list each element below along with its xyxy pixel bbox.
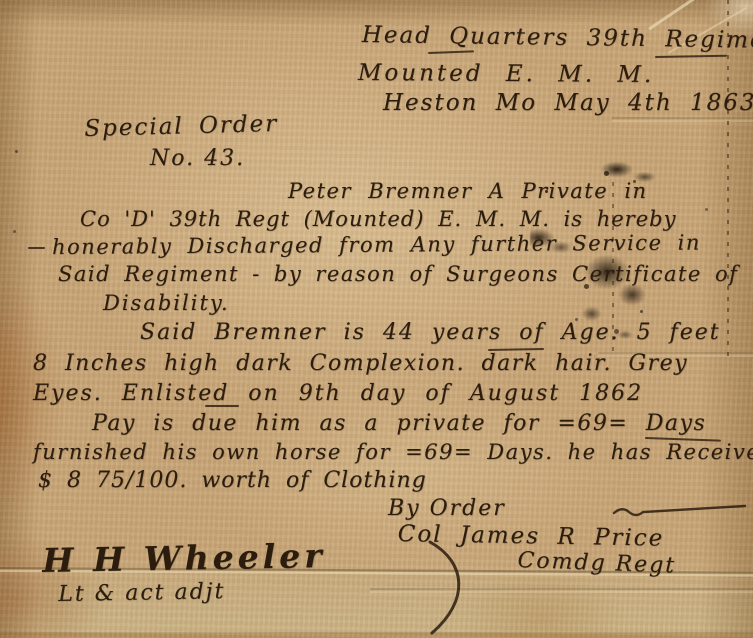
ink-stroke-underline (428, 50, 474, 54)
body-line: $ 8 75/100. worth of Clothing (38, 468, 427, 493)
body-line: Peter Bremner A Private in (288, 179, 648, 203)
body-line: Said Regiment - by reason of Surgeons Ce… (58, 262, 738, 286)
by-order-line: By Order (388, 496, 506, 521)
body-line: Said Bremner is 44 years of Age. 5 feet (140, 320, 721, 345)
header-line-2: Mounted E. M. M. (358, 60, 655, 88)
body-line: Co 'D' 39th Regt (Mounted) E. M. M. is h… (80, 207, 676, 231)
horizontal-crease (612, 117, 753, 122)
header-line-3: Heston Mo May 4th 1863 (383, 90, 753, 116)
body-line: Pay is due him as a private for =69= Day… (92, 411, 706, 436)
document-page: Head Quarters 39th Regiment Mounted E. M… (0, 0, 753, 638)
body-line: furnished his own horse for =69= Days. h… (33, 440, 753, 464)
vertical-crease (727, 0, 729, 358)
body-line: 8 Inches high dark Complexion. dark hair… (33, 351, 688, 376)
pen-flourish (612, 502, 748, 520)
adjutant-signature: H H Wheeler (42, 536, 326, 580)
ink-stroke-underline (205, 405, 239, 407)
body-line: Eyes. Enlisted on 9th day of August 1862 (33, 381, 643, 406)
adjutant-title: Lt & act adjt (58, 579, 226, 607)
body-line: honerably Discharged from Any further Se… (52, 230, 701, 259)
margin-dash (28, 247, 45, 249)
header-line-1: Head Quarters 39th Regiment (362, 22, 753, 54)
order-number: No. 43. (150, 146, 245, 171)
pen-flourish-bracket (418, 540, 480, 636)
order-label: Special Order (84, 111, 279, 142)
ink-stroke-underline (655, 55, 727, 58)
body-line: Disability. (103, 291, 230, 315)
